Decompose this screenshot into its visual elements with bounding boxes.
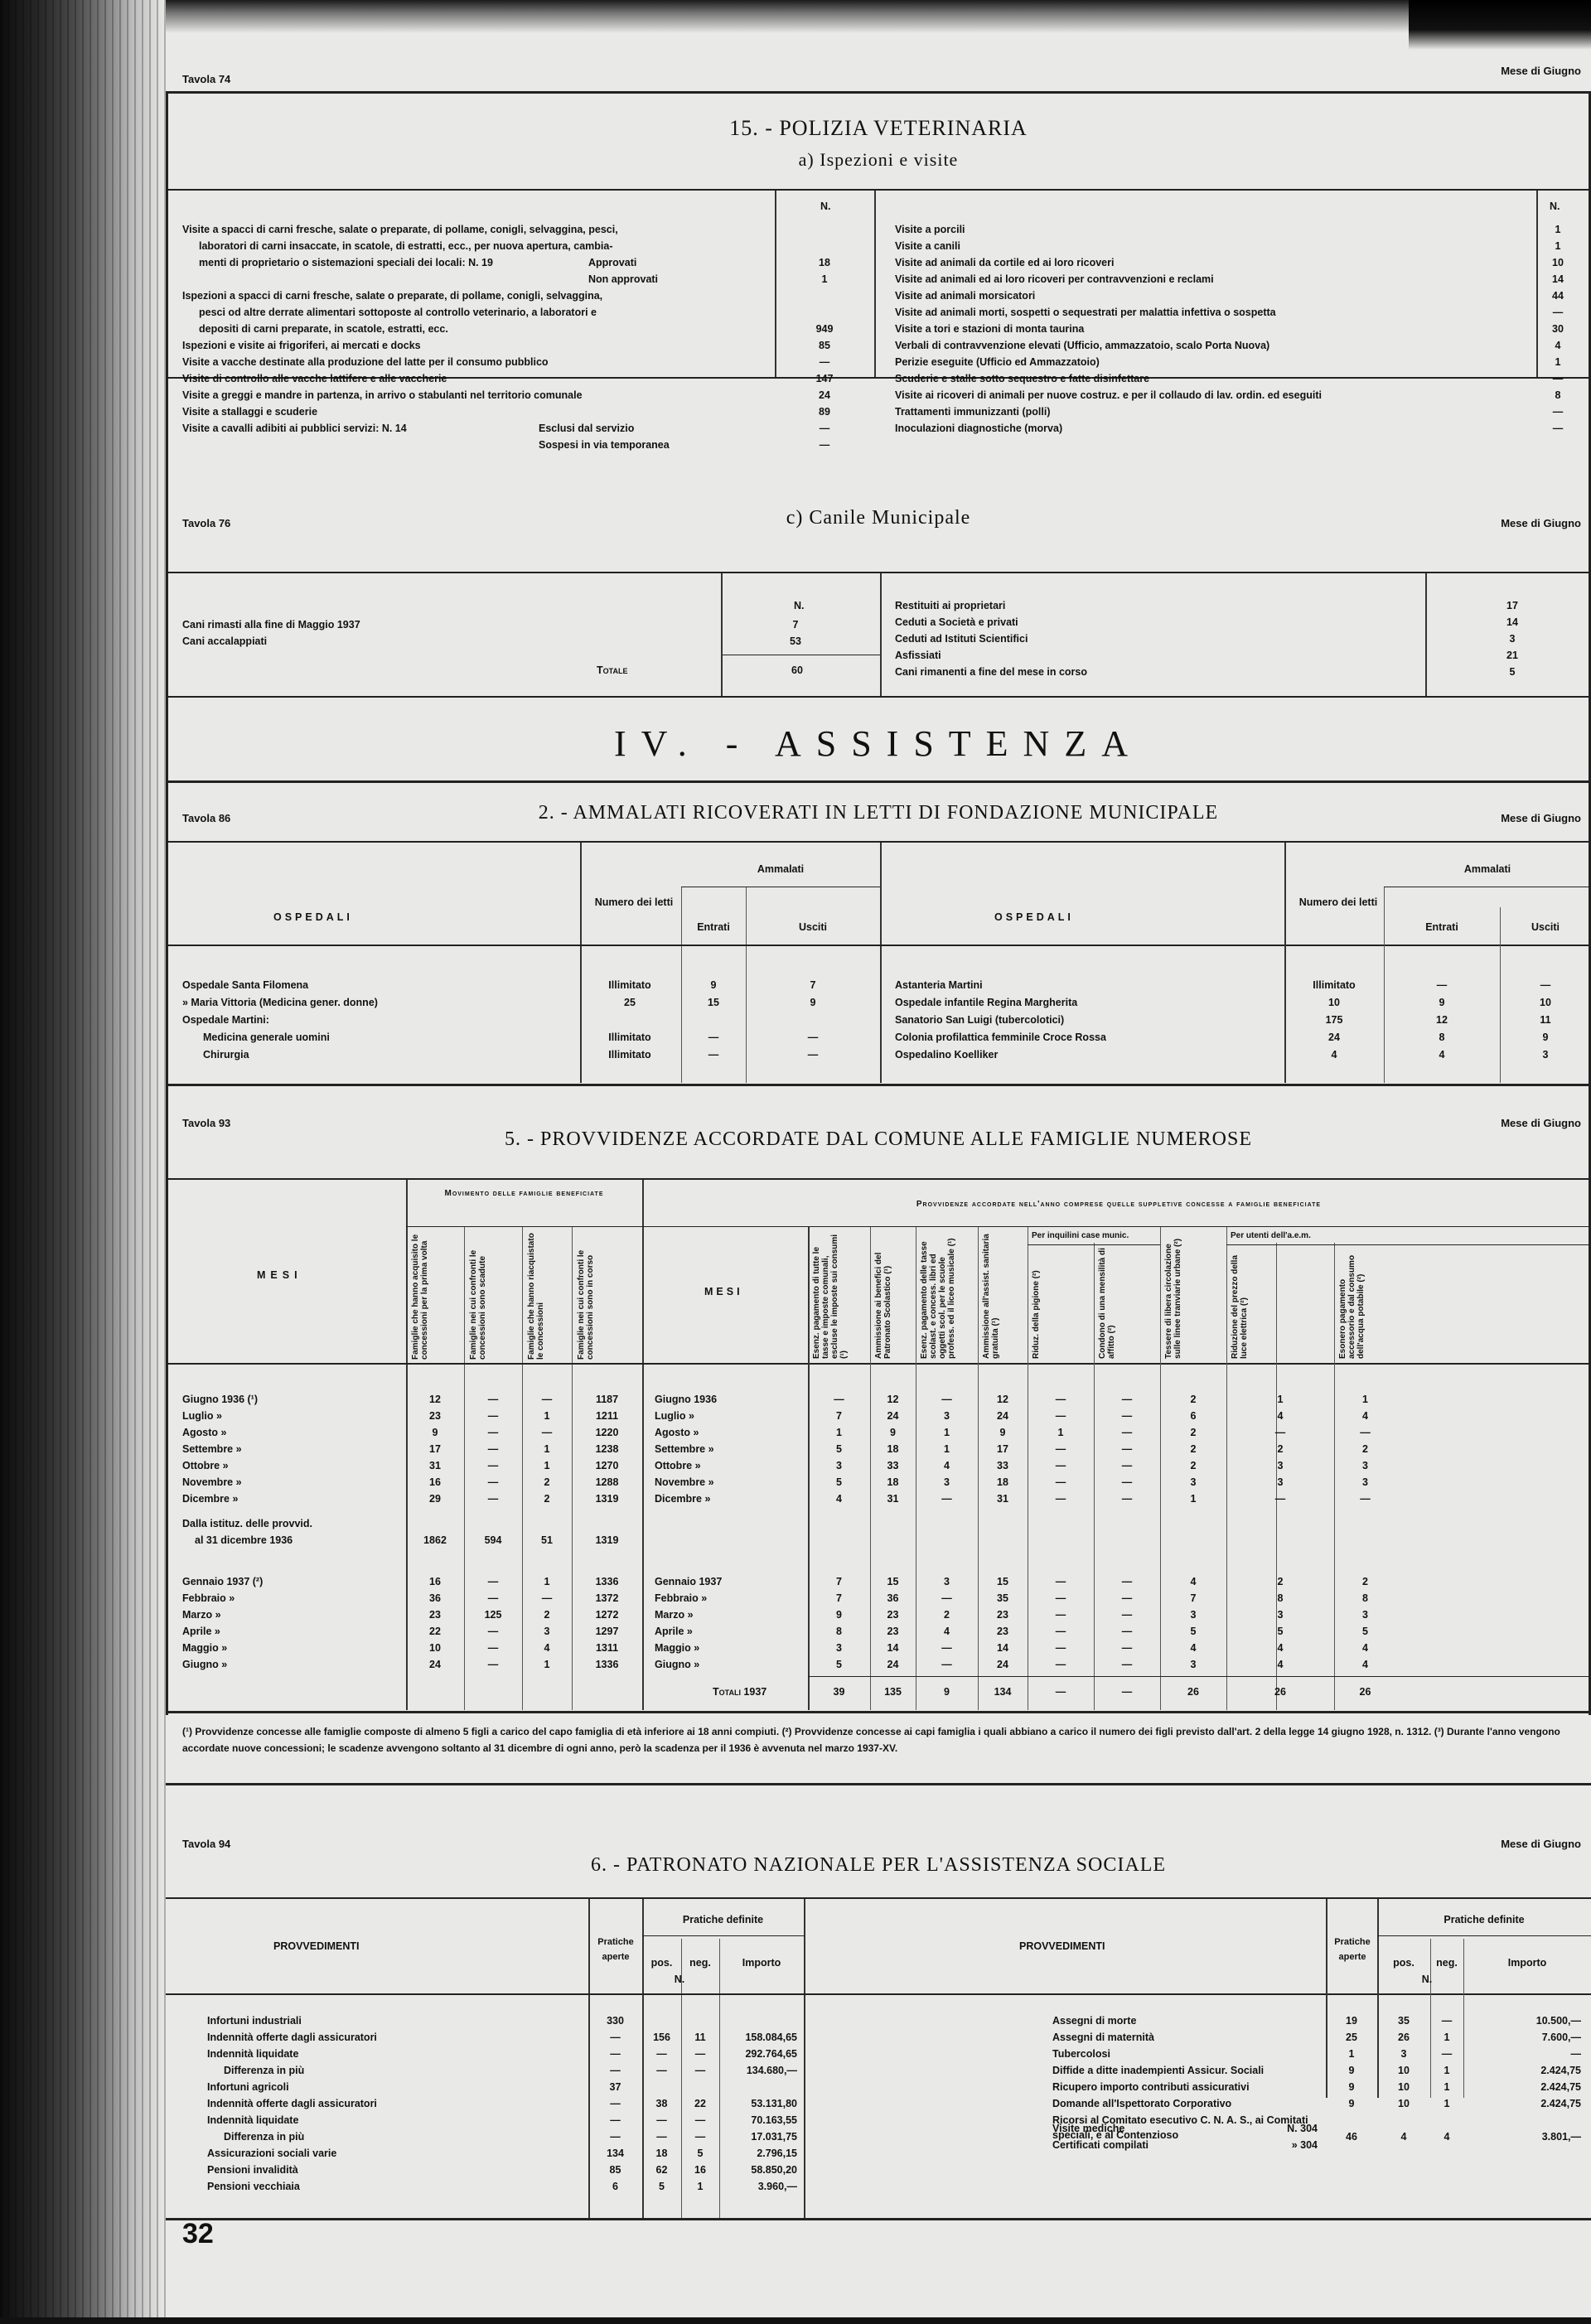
data-cell: — (916, 1392, 978, 1407)
column-header: Tessere di libera circolazione sulle lin… (1164, 1231, 1222, 1359)
data-cell: 1 (522, 1574, 572, 1589)
vet-item-label: Visite ad animali morsicatori (895, 288, 1035, 303)
discharged-count: 10 (1500, 995, 1591, 1010)
extra-value: » 304 (1251, 2138, 1318, 2152)
provvedimento-label: Differenza in più (224, 2129, 304, 2144)
data-cell: 1336 (572, 1657, 642, 1672)
data-cell: 1297 (572, 1624, 642, 1639)
vet-item-value: 18 (812, 255, 837, 270)
hospital-name: Ospedale Santa Filomena (182, 978, 308, 993)
data-cell: — (1226, 1425, 1334, 1440)
importo: 58.850,20 (719, 2162, 802, 2177)
data-cell: 5 (808, 1657, 870, 1672)
data-cell: 2 (1334, 1574, 1396, 1589)
header-provvedimenti: PROVVEDIMENTI (1019, 1939, 1105, 1954)
pratiche-aperte: — (588, 2030, 642, 2045)
canile-item-value: 14 (1500, 615, 1525, 630)
data-cell: 23 (406, 1408, 464, 1423)
month-label: Ottobre » (655, 1458, 701, 1473)
data-cell: 1272 (572, 1607, 642, 1622)
vet-item-value: — (1541, 371, 1574, 386)
section-title: 2. - AMMALATI RICOVERATI IN LETTI DI FON… (166, 802, 1591, 824)
data-cell: 9 (808, 1607, 870, 1622)
vet-item-label: pesci od altre derrate alimentari sottop… (199, 305, 597, 320)
data-cell: 2 (1226, 1442, 1334, 1457)
canile-item-value: 7 (783, 617, 808, 632)
pratiche-aperte: 134 (588, 2146, 642, 2161)
data-cell: 33 (978, 1458, 1028, 1473)
header-neg: neg. (681, 1955, 719, 1970)
header-provvidenze-group: Provvidenze accordate nell'anno comprese… (650, 1200, 1587, 1209)
provvedimento-label: Assegni di maternità (1052, 2030, 1318, 2045)
beds-count: Illimitato (584, 1047, 675, 1062)
month-label: Maggio » (655, 1640, 699, 1655)
total-cell: 39 (808, 1684, 870, 1699)
beds-count: Illimitato (584, 978, 675, 993)
vet-item-value: 44 (1541, 288, 1574, 303)
pratiche-aperte: — (588, 2046, 642, 2061)
rule (166, 572, 1591, 573)
data-cell: 4 (1334, 1657, 1396, 1672)
document-page: Tavola 74 Mese di Giugno 15. - POLIZIA V… (166, 33, 1591, 2270)
rule (166, 780, 1591, 783)
canile-item-value: 17 (1500, 598, 1525, 613)
hospital-name: Ospedale infantile Regina Margherita (895, 995, 1077, 1010)
rule (166, 1711, 1591, 1713)
provvedimento-label: Ricupero importo contributi assicurativi (1052, 2080, 1318, 2094)
vet-item-label: Visite a spacci di carni fresche, salate… (182, 222, 618, 237)
importo: 3.960,— (719, 2179, 802, 2194)
data-cell: 1 (916, 1425, 978, 1440)
pos-count: 4 (1377, 2129, 1430, 2144)
data-cell: 10 (406, 1640, 464, 1655)
vet-item-label: Trattamenti immunizzanti (polli) (895, 404, 1051, 419)
entered-count: — (681, 1047, 746, 1062)
data-cell: 18 (978, 1475, 1028, 1490)
vet-item-label: Visite a vacche destinate alla produzion… (182, 355, 549, 370)
header-n: N. (1419, 1972, 1435, 1987)
column-header: Condono di una mensilità di affitto (²) (1098, 1248, 1156, 1359)
neg-count: 4 (1430, 2129, 1463, 2144)
data-cell: 29 (406, 1491, 464, 1506)
provvedimento-label: Indennità liquidate (207, 2046, 298, 2061)
vet-item-label: Visite a porcili (895, 222, 965, 237)
data-cell: 1319 (572, 1491, 642, 1506)
data-cell: 4 (1226, 1408, 1334, 1423)
month-label: Gennaio 1937 (²) (182, 1574, 263, 1589)
month-label: Giugno » (182, 1657, 227, 1672)
month-label: Novembre » (655, 1475, 714, 1490)
data-cell: 1288 (572, 1475, 642, 1490)
vet-item-label: laboratori di carni insaccate, in scatol… (199, 239, 612, 254)
month-label: Mese di Giugno (1501, 1117, 1581, 1129)
data-cell: 3 (1160, 1607, 1226, 1622)
vet-item-label: Visite a greggi e mandre in partenza, in… (182, 388, 583, 403)
entered-count: — (1384, 978, 1500, 993)
column-divider (880, 843, 882, 1083)
vet-item-label: Visite di controllo alle vacche lattifer… (182, 371, 447, 386)
pratiche-aperte: 9 (1326, 2063, 1377, 2078)
data-cell: 9 (406, 1425, 464, 1440)
data-cell: 36 (870, 1591, 916, 1606)
data-cell: — (464, 1458, 522, 1473)
footnote-1: (¹) Provvidenze concesse alle famiglie c… (182, 1726, 779, 1737)
header-pratiche-aperte: Pratiche aperte (1327, 1935, 1377, 1964)
rule (1384, 887, 1591, 887)
month-label: Giugno » (655, 1657, 699, 1672)
header-pratiche-definite: Pratiche definite (1377, 1912, 1591, 1927)
data-cell: 4 (1160, 1640, 1226, 1655)
data-cell: 1220 (572, 1425, 642, 1440)
provvedimento-label: Indennità offerte dagli assicuratori (207, 2096, 377, 2111)
vet-item-value: 14 (1541, 272, 1574, 287)
discharged-count: 9 (1500, 1030, 1591, 1045)
data-cell: — (916, 1491, 978, 1506)
header-mesi: MESI (704, 1284, 743, 1299)
data-cell: 3 (1334, 1475, 1396, 1490)
vet-item-label: Verbali di contravvenzione elevati (Uffi… (895, 338, 1269, 353)
importo: — (1463, 2046, 1588, 2061)
data-cell: 23 (870, 1607, 916, 1622)
month-label: Dicembre » (655, 1491, 710, 1506)
vet-item-value: 949 (812, 321, 837, 336)
header-mesi: MESI (257, 1268, 302, 1283)
data-cell: 24 (870, 1408, 916, 1423)
pratiche-aperte: — (588, 2113, 642, 2128)
hospital-name: Chirurgia (203, 1047, 249, 1062)
vet-item-value: 1 (1541, 239, 1574, 254)
data-cell: 9 (870, 1425, 916, 1440)
data-cell: — (464, 1624, 522, 1639)
discharged-count: 7 (746, 978, 880, 993)
column-divider (1425, 573, 1427, 696)
vet-item-value: 30 (1541, 321, 1574, 336)
data-cell: — (916, 1657, 978, 1672)
month-label: Novembre » (182, 1475, 242, 1490)
month-label: Febbraio » (182, 1591, 235, 1606)
importo: 134.680,— (719, 2063, 802, 2078)
provvedimento-label: Indennità liquidate (207, 2113, 298, 2128)
data-cell: 4 (1226, 1657, 1334, 1672)
data-cell: 1319 (572, 1533, 642, 1548)
vet-item-sublabel: Sospesi in via temporanea (539, 437, 670, 452)
discharged-count: 11 (1500, 1012, 1591, 1027)
data-cell: — (464, 1591, 522, 1606)
footnote-2: (²) Provvidenze concesse ai capi famigli… (782, 1726, 1432, 1737)
vet-item-label: Perizie eseguite (Ufficio ed Ammazzatoio… (895, 355, 1100, 370)
total-cell: 26 (1160, 1684, 1226, 1699)
neg-count: 1 (1430, 2030, 1463, 2045)
data-cell: 14 (978, 1640, 1028, 1655)
month-label: Luglio » (182, 1408, 222, 1423)
data-cell: 6 (1160, 1408, 1226, 1423)
vet-item-value: 1 (1541, 222, 1574, 237)
section-subtitle: a) Ispezioni e visite (166, 149, 1591, 171)
month-label: Mese di Giugno (1501, 812, 1581, 824)
scan-bottom-edge (0, 2317, 1591, 2324)
data-cell: 3 (916, 1574, 978, 1589)
data-cell: 2 (522, 1491, 572, 1506)
pos-count: 5 (642, 2179, 681, 2194)
provvedimento-label: Differenza in più (224, 2063, 304, 2078)
data-cell: 1862 (406, 1533, 464, 1548)
data-cell: 4 (522, 1640, 572, 1655)
vet-item-label: Visite ad animali morti, sospetti o sequ… (895, 305, 1276, 320)
data-cell: — (464, 1475, 522, 1490)
data-cell: 24 (978, 1657, 1028, 1672)
data-cell: 3 (1226, 1607, 1334, 1622)
header-neg: neg. (1430, 1955, 1463, 1970)
header-entrati: Entrati (681, 920, 746, 935)
data-cell: 31 (406, 1458, 464, 1473)
data-cell: — (1094, 1475, 1160, 1490)
column-divider (1536, 191, 1538, 377)
header-pratiche-definite: Pratiche definite (642, 1912, 804, 1927)
data-cell: 8 (1334, 1591, 1396, 1606)
rule (166, 1178, 1591, 1180)
month-label: Febbraio » (655, 1591, 707, 1606)
column-divider (642, 1180, 644, 1710)
pratiche-aperte: 6 (588, 2179, 642, 2194)
data-cell: 1 (1334, 1392, 1396, 1407)
data-cell: 1372 (572, 1591, 642, 1606)
data-cell: — (1094, 1392, 1160, 1407)
pos-count: 10 (1377, 2096, 1430, 2111)
data-cell: — (1094, 1408, 1160, 1423)
data-cell: 17 (406, 1442, 464, 1457)
importo: 2.424,75 (1463, 2063, 1588, 2078)
header-entrati: Entrati (1384, 920, 1500, 935)
pos-count: 10 (1377, 2063, 1430, 2078)
data-cell: 3 (1334, 1607, 1396, 1622)
total-cell: 9 (916, 1684, 978, 1699)
vet-item-value: — (1541, 305, 1574, 320)
neg-count: — (1430, 2046, 1463, 2061)
data-cell: — (1028, 1624, 1094, 1639)
month-label: Maggio » (182, 1640, 227, 1655)
importo: 17.031,75 (719, 2129, 802, 2144)
header-provvedimenti: PROVVEDIMENTI (273, 1939, 360, 1954)
data-cell: 24 (406, 1657, 464, 1672)
data-cell: 33 (870, 1458, 916, 1473)
extra-value: N. 304 (1251, 2121, 1318, 2136)
rule (1028, 1244, 1160, 1245)
data-cell: 12 (978, 1392, 1028, 1407)
data-cell: 1 (522, 1657, 572, 1672)
col-header-n: N. (820, 199, 831, 214)
data-cell: — (464, 1425, 522, 1440)
data-cell: — (1334, 1425, 1396, 1440)
data-cell: 1336 (572, 1574, 642, 1589)
entered-count: 9 (681, 978, 746, 993)
part-title: IV. - ASSISTENZA (166, 722, 1591, 765)
header-numero-letti: Numero dei letti (588, 895, 679, 910)
entered-count: 9 (1384, 995, 1500, 1010)
data-cell: — (1028, 1475, 1094, 1490)
data-cell: 1 (808, 1425, 870, 1440)
entered-count: 12 (1384, 1012, 1500, 1027)
canile-item-label: Ceduti a Società e privati (895, 615, 1018, 630)
pos-count: 3 (1377, 2046, 1430, 2061)
vet-item-value: 1 (812, 272, 837, 287)
data-cell: 4 (1334, 1640, 1396, 1655)
column-divider (1284, 843, 1286, 1083)
data-cell: 1311 (572, 1640, 642, 1655)
data-cell: 1 (916, 1442, 978, 1457)
data-cell: — (1094, 1640, 1160, 1655)
summary-label: Dalla istituz. delle provvid. (182, 1516, 312, 1531)
vet-item-sublabel: Esclusi dal servizio (539, 421, 634, 436)
vet-item-label: Ispezioni a spacci di carni fresche, sal… (182, 288, 602, 303)
discharged-count: — (1500, 978, 1591, 993)
column-header: Riduz. della pigione (²) (1032, 1248, 1090, 1359)
neg-count: 1 (681, 2179, 719, 2194)
beds-count: 4 (1289, 1047, 1380, 1062)
importo: 70.163,55 (719, 2113, 802, 2128)
rule (723, 655, 880, 655)
column-header: Esenz. pagamento delle tasse scolast. e … (920, 1231, 974, 1359)
canile-item-label: Asfissiati (895, 648, 941, 663)
vet-item-label: Visite a stallaggi e scuderie (182, 404, 317, 419)
beds-count: 25 (584, 995, 675, 1010)
month-label: Agosto » (655, 1425, 699, 1440)
provvedimento-label: Tubercolosi (1052, 2046, 1318, 2061)
importo: 2.796,15 (719, 2146, 802, 2161)
canile-item-label: Cani rimanenti a fine del mese in corso (895, 664, 1087, 679)
entered-count: 15 (681, 995, 746, 1010)
data-cell: 15 (978, 1574, 1028, 1589)
provvedimento-label: Domande all'Ispettorato Corporativo (1052, 2096, 1318, 2111)
data-cell: 1270 (572, 1458, 642, 1473)
total-cell: 26 (1226, 1684, 1334, 1699)
month-label: Giugno 1936 (¹) (182, 1392, 258, 1407)
month-label: Mese di Giugno (1501, 65, 1581, 77)
data-cell: 4 (1226, 1640, 1334, 1655)
rule (681, 887, 880, 887)
rule (166, 1363, 1591, 1365)
data-cell: 1 (1226, 1392, 1334, 1407)
data-cell: 1211 (572, 1408, 642, 1423)
header-usciti: Usciti (1500, 920, 1591, 935)
header-importo: Importo (719, 1955, 804, 1970)
column-header: Famiglie che hanno riacquistato le conce… (527, 1231, 567, 1360)
pos-count: 62 (642, 2162, 681, 2177)
data-cell: 24 (978, 1408, 1028, 1423)
data-cell: 125 (464, 1607, 522, 1622)
data-cell: 4 (916, 1458, 978, 1473)
section-title: 6. - PATRONATO NAZIONALE PER L'ASSISTENZ… (166, 1854, 1591, 1877)
pos-count: — (642, 2063, 681, 2078)
provvedimento-label: Diffide a ditte inadempienti Assicur. So… (1052, 2063, 1318, 2078)
neg-count: 1 (1430, 2096, 1463, 2111)
header-ammalati: Ammalati (1384, 862, 1591, 877)
data-cell: 1 (522, 1408, 572, 1423)
data-cell: 31 (978, 1491, 1028, 1506)
pratiche-aperte: 46 (1326, 2129, 1377, 2144)
month-label: Settembre » (655, 1442, 714, 1457)
entered-count: 8 (1384, 1030, 1500, 1045)
data-cell: — (1028, 1442, 1094, 1457)
beds-count: Illimitato (584, 1030, 675, 1045)
data-cell: 5 (1160, 1624, 1226, 1639)
data-cell: — (1094, 1491, 1160, 1506)
hospital-name: Astanteria Martini (895, 978, 983, 993)
importo: 10.500,— (1463, 2013, 1588, 2028)
data-cell: 12 (870, 1392, 916, 1407)
column-divider (580, 843, 582, 1083)
col-header-n: N. (1550, 199, 1560, 214)
header-numero-letti: Numero dei letti (1293, 895, 1384, 910)
importo: 158.084,65 (719, 2030, 802, 2045)
neg-count: — (1430, 2013, 1463, 2028)
month-label: Settembre » (182, 1442, 242, 1457)
data-cell: — (464, 1442, 522, 1457)
data-cell: — (464, 1392, 522, 1407)
header-utenti: Per utenti dell'a.e.m. (1231, 1229, 1587, 1244)
data-cell: — (464, 1640, 522, 1655)
entered-count: — (681, 1030, 746, 1045)
rule (642, 1935, 804, 1936)
data-cell: 2 (1160, 1392, 1226, 1407)
pratiche-aperte: — (588, 2129, 642, 2144)
neg-count: 5 (681, 2146, 719, 2161)
beds-count: 24 (1289, 1030, 1380, 1045)
header-inquilini: Per inquilini case munic. (1032, 1229, 1160, 1244)
pratiche-aperte: 9 (1326, 2096, 1377, 2111)
data-cell: 3 (1160, 1475, 1226, 1490)
data-cell: 1 (1160, 1491, 1226, 1506)
header-pos: pos. (1377, 1955, 1430, 1970)
data-cell: — (1094, 1458, 1160, 1473)
column-header: Famiglie nei cui confronti le concession… (577, 1231, 637, 1360)
data-cell: 3 (1160, 1657, 1226, 1672)
data-cell: — (522, 1591, 572, 1606)
pratiche-aperte: — (588, 2063, 642, 2078)
pratiche-aperte: 85 (588, 2162, 642, 2177)
month-label: Mese di Giugno (1501, 1838, 1581, 1850)
data-cell: — (1028, 1607, 1094, 1622)
pratiche-aperte: 37 (588, 2080, 642, 2094)
month-label: Gennaio 1937 (655, 1574, 722, 1589)
importo: 2.424,75 (1463, 2080, 1588, 2094)
month-label: Marzo » (655, 1607, 694, 1622)
vet-item-value: — (812, 421, 837, 436)
column-divider (721, 573, 723, 696)
neg-count: — (681, 2129, 719, 2144)
data-cell: — (1028, 1392, 1094, 1407)
vet-item-value: 4 (1541, 338, 1574, 353)
scan-top-edge (166, 0, 1591, 33)
data-cell: — (1226, 1491, 1334, 1506)
header-movimento: Movimento delle famiglie beneficiate (410, 1189, 638, 1198)
pos-count: 10 (1377, 2080, 1430, 2094)
data-cell: — (1028, 1458, 1094, 1473)
vet-item-value: 147 (812, 371, 837, 386)
vet-item-label: Visite a tori e stazioni di monta taurin… (895, 321, 1084, 336)
section-title: 5. - PROVVIDENZE ACCORDATE DAL COMUNE AL… (166, 1128, 1591, 1151)
data-cell: 5 (1334, 1624, 1396, 1639)
data-cell: 594 (464, 1533, 522, 1548)
discharged-count: — (746, 1030, 880, 1045)
data-cell: 3 (1226, 1475, 1334, 1490)
data-cell: 14 (870, 1640, 916, 1655)
rule (406, 1226, 642, 1227)
pratiche-aperte: 19 (1326, 2013, 1377, 2028)
data-cell: — (1028, 1408, 1094, 1423)
section-title: 15. - POLIZIA VETERINARIA (166, 116, 1591, 141)
page-number: 32 (182, 2218, 214, 2250)
data-cell: — (522, 1425, 572, 1440)
